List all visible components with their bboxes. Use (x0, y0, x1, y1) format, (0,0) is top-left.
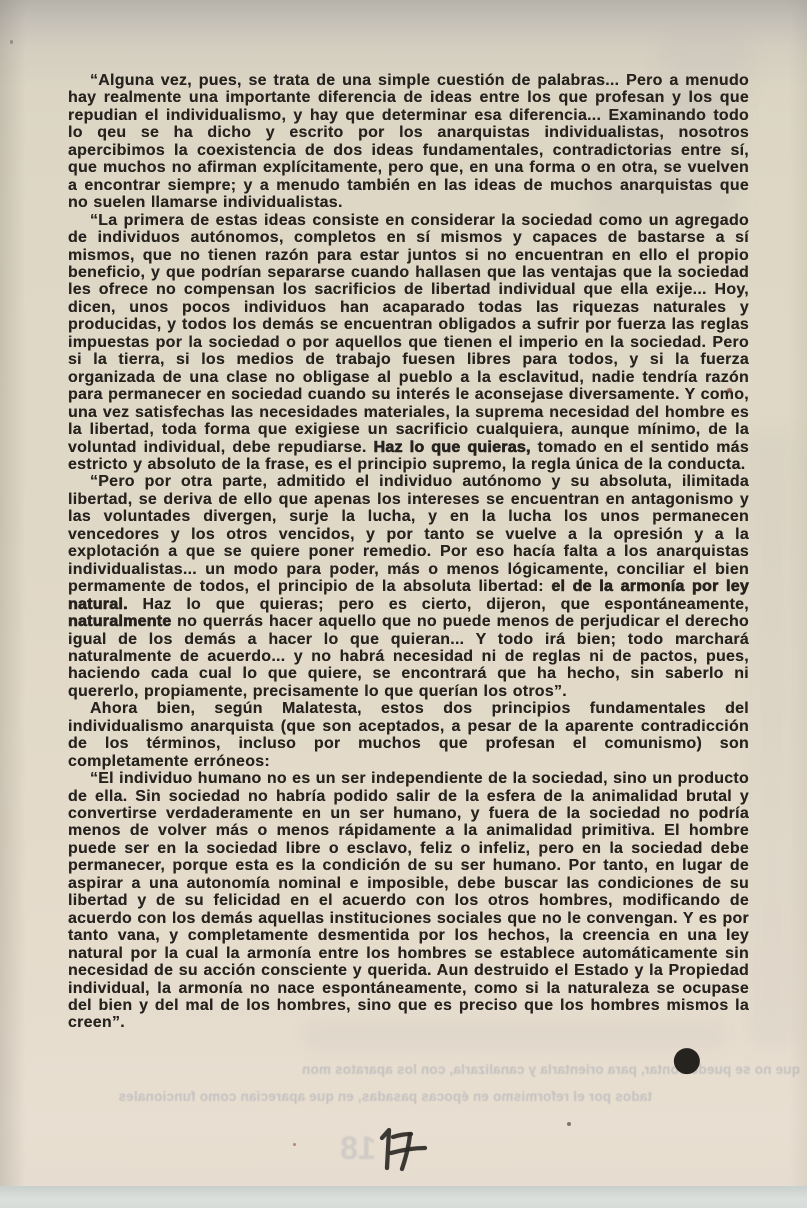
emphasized-text: naturalmente (68, 613, 171, 630)
paper-speck (10, 40, 13, 44)
scan-left-shadow (0, 0, 26, 1208)
paragraph: “El individuo humano no es un ser indepe… (68, 770, 749, 1032)
handwritten-page-number (372, 1126, 434, 1178)
text-run: Haz lo que quieras; pero es cierto, dije… (128, 596, 749, 613)
emphasized-text: Haz lo que quieras, (374, 439, 531, 456)
paper-speck (567, 1122, 571, 1126)
paragraph: “La primera de estas ideas consiste en c… (68, 212, 749, 474)
bleed-through-text-line: tados por el reformismo en épocas pasada… (52, 1089, 652, 1104)
text-run: “Alguna vez, pues, se trata de una simpl… (68, 72, 749, 211)
scanned-book-page: que no se puede contar, para orientarla … (0, 0, 807, 1208)
paragraph: “Alguna vez, pues, se trata de una simpl… (68, 72, 749, 212)
end-of-article-dot: ● (672, 1042, 702, 1076)
paragraph: “Pero por otra parte, admitido el indivi… (68, 473, 749, 700)
paper-speck (727, 388, 732, 392)
text-run: Ahora bien, según Malatesta, estos dos p… (68, 700, 749, 769)
paragraph: Ahora bien, según Malatesta, estos dos p… (68, 700, 749, 770)
body-text: “Alguna vez, pues, se trata de una simpl… (68, 72, 749, 1032)
text-run: “Pero por otra parte, admitido el indivi… (68, 473, 749, 595)
text-run: “El individuo humano no es un ser indepe… (68, 770, 749, 1031)
text-run: “La primera de estas ideas consiste en c… (68, 212, 749, 456)
scan-bottom-edge (0, 1186, 807, 1208)
paper-speck (293, 1143, 296, 1146)
bleed-through-blob (744, 430, 800, 1050)
bleed-through-page-number: 18 (330, 1130, 376, 1167)
text-run: no querrás hacer aquello que no puede me… (68, 613, 749, 700)
bleed-through-text-line: que no se puede contar, para orientarla … (336, 1062, 800, 1077)
